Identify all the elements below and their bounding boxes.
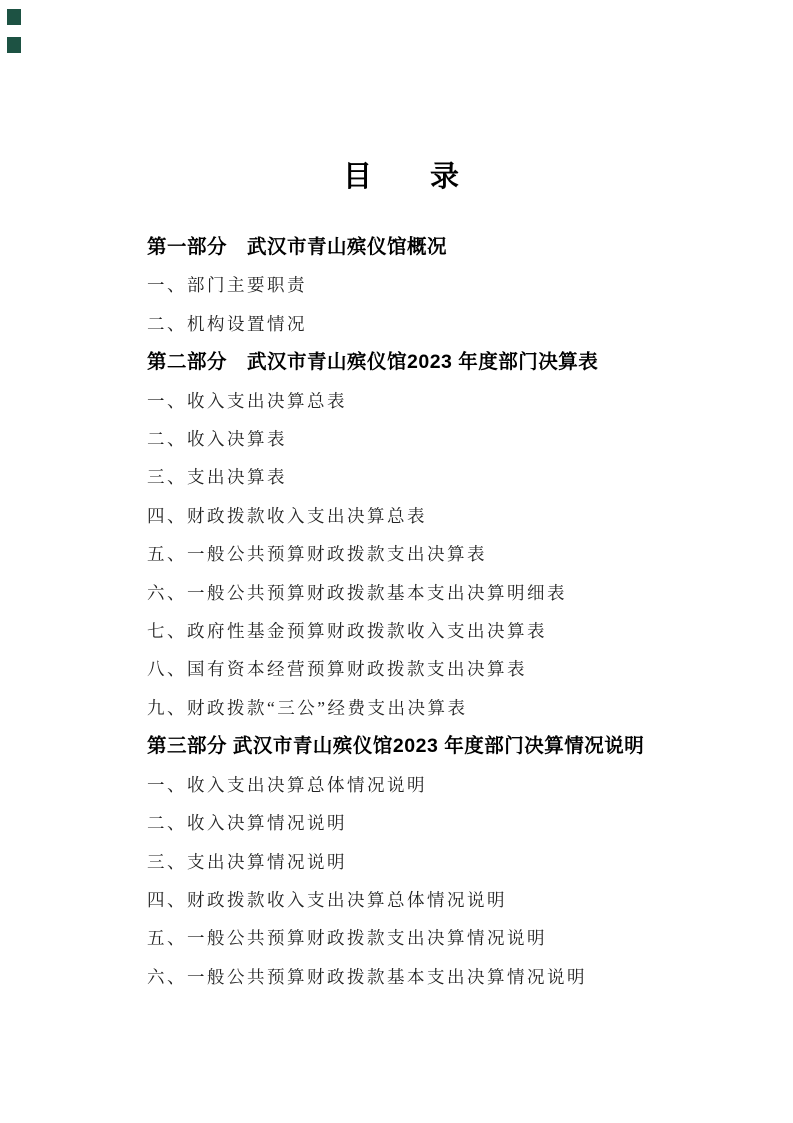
toc-entry: 一、收入支出决算总体情况说明 xyxy=(147,766,655,804)
toc-entry: 三、支出决算表 xyxy=(147,458,655,496)
toc-entry: 一、收入支出决算总表 xyxy=(147,382,655,420)
page-title: 目 录 xyxy=(147,153,655,201)
toc-entry: 八、国有资本经营预算财政拨款支出决算表 xyxy=(147,650,655,688)
document-page: 目 录 第一部分 武汉市青山殡仪馆概况 一、部门主要职责 二、机构设置情况 第二… xyxy=(0,0,793,1123)
section-2-heading: 第二部分 武汉市青山殡仪馆2023 年度部门决算表 xyxy=(147,343,655,381)
corner-marker-bottom xyxy=(7,37,21,53)
toc-entry: 二、收入决算情况说明 xyxy=(147,804,655,842)
toc-entry: 三、支出决算情况说明 xyxy=(147,843,655,881)
toc-entry: 四、财政拨款收入支出决算总表 xyxy=(147,497,655,535)
toc-list: 第一部分 武汉市青山殡仪馆概况 一、部门主要职责 二、机构设置情况 第二部分 武… xyxy=(147,228,655,996)
section-3-heading: 第三部分 武汉市青山殡仪馆2023 年度部门决算情况说明 xyxy=(147,727,655,765)
toc-content: 目 录 第一部分 武汉市青山殡仪馆概况 一、部门主要职责 二、机构设置情况 第二… xyxy=(147,153,655,996)
toc-entry: 六、一般公共预算财政拨款基本支出决算情况说明 xyxy=(147,958,655,996)
toc-entry: 五、一般公共预算财政拨款支出决算表 xyxy=(147,535,655,573)
toc-entry: 四、财政拨款收入支出决算总体情况说明 xyxy=(147,881,655,919)
toc-entry: 二、收入决算表 xyxy=(147,420,655,458)
toc-entry: 七、政府性基金预算财政拨款收入支出决算表 xyxy=(147,612,655,650)
toc-entry: 二、机构设置情况 xyxy=(147,305,655,343)
toc-entry: 一、部门主要职责 xyxy=(147,266,655,304)
corner-marker-top xyxy=(7,9,21,25)
section-1-heading: 第一部分 武汉市青山殡仪馆概况 xyxy=(147,228,655,266)
toc-entry: 九、财政拨款“三公”经费支出决算表 xyxy=(147,689,655,727)
toc-entry: 五、一般公共预算财政拨款支出决算情况说明 xyxy=(147,919,655,957)
toc-entry: 六、一般公共预算财政拨款基本支出决算明细表 xyxy=(147,574,655,612)
